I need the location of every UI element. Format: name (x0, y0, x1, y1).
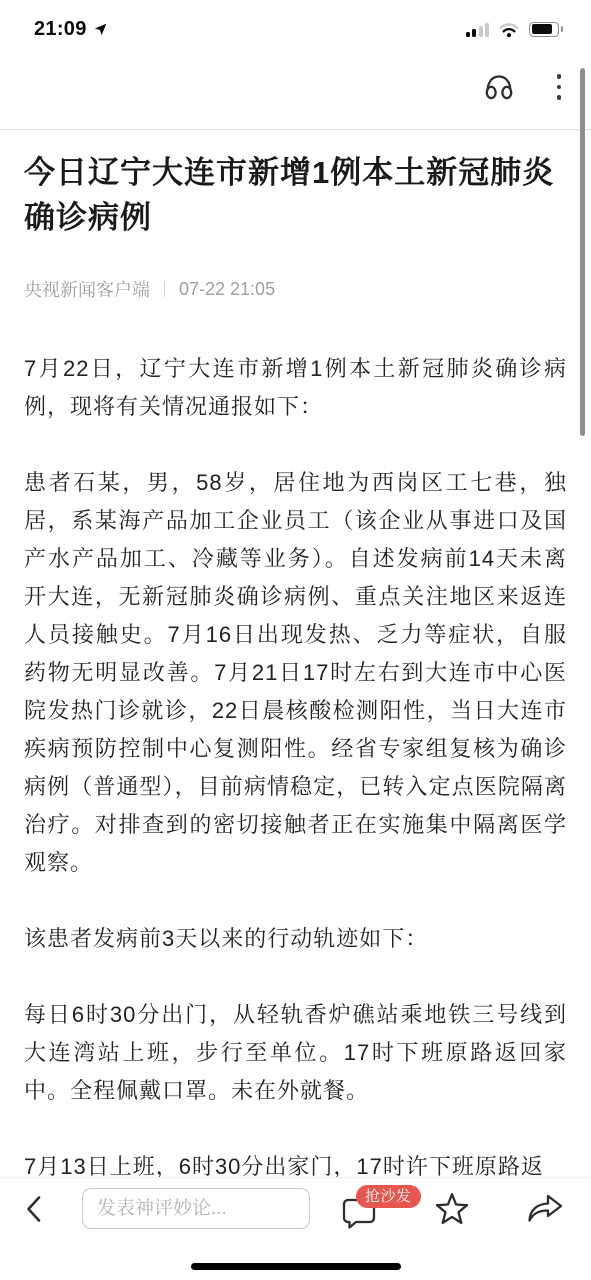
article-body: 7月22日，辽宁大连市新增1例本土新冠肺炎确诊病例，现将有关情况通报如下： 患者… (24, 350, 567, 1177)
comment-button[interactable]: 抢沙发 (340, 1191, 378, 1227)
wifi-icon (498, 21, 520, 38)
hot-comment-badge: 抢沙发 (356, 1185, 421, 1208)
paragraph: 每日6时30分出门，从轻轨香炉礁站乘地铁三号线到大连湾站上班，步行至单位。17时… (24, 996, 567, 1110)
home-indicator[interactable] (191, 1263, 401, 1270)
status-bar: 21:09 (0, 0, 591, 52)
article-content: 今日辽宁大连市新增1例本土新冠肺炎确诊病例 央视新闻客户端 07-22 21:0… (0, 130, 591, 1177)
toolbar-icons: 抢沙发 (340, 1190, 565, 1228)
cellular-signal-icon (466, 22, 490, 37)
paragraph: 该患者发病前3天以来的行动轨迹如下： (24, 920, 567, 958)
share-arrow-icon[interactable] (525, 1192, 565, 1226)
location-arrow-icon (93, 22, 108, 37)
comment-input[interactable] (82, 1188, 310, 1229)
headphones-icon[interactable] (483, 72, 515, 102)
article-header (0, 52, 591, 130)
battery-icon (529, 22, 559, 37)
article-title: 今日辽宁大连市新增1例本土新冠肺炎确诊病例 (24, 150, 567, 240)
header-actions (483, 72, 564, 102)
status-bar-left: 21:09 (34, 18, 108, 41)
source-name: 央视新闻客户端 (24, 276, 150, 302)
bottom-toolbar: 抢沙发 (0, 1177, 591, 1239)
paragraph-truncated: 7月13日上班，6时30分出家门，17时许下班原路返 (24, 1148, 567, 1177)
phone-screen: 21:09 (0, 0, 591, 1280)
byline: 央视新闻客户端 07-22 21:05 (24, 276, 567, 302)
paragraph: 患者石某，男，58岁，居住地为西岗区工七巷，独居，系某海产品加工企业员工（该企业… (24, 464, 567, 882)
status-time: 21:09 (34, 18, 87, 41)
kebab-menu-icon[interactable] (555, 72, 564, 102)
paragraph: 7月22日，辽宁大连市新增1例本土新冠肺炎确诊病例，现将有关情况通报如下： (24, 350, 567, 426)
back-chevron-icon[interactable] (24, 1194, 44, 1224)
star-icon[interactable] (433, 1190, 471, 1228)
status-bar-right (466, 21, 560, 38)
byline-separator (164, 281, 165, 297)
publish-time: 07-22 21:05 (179, 279, 275, 300)
